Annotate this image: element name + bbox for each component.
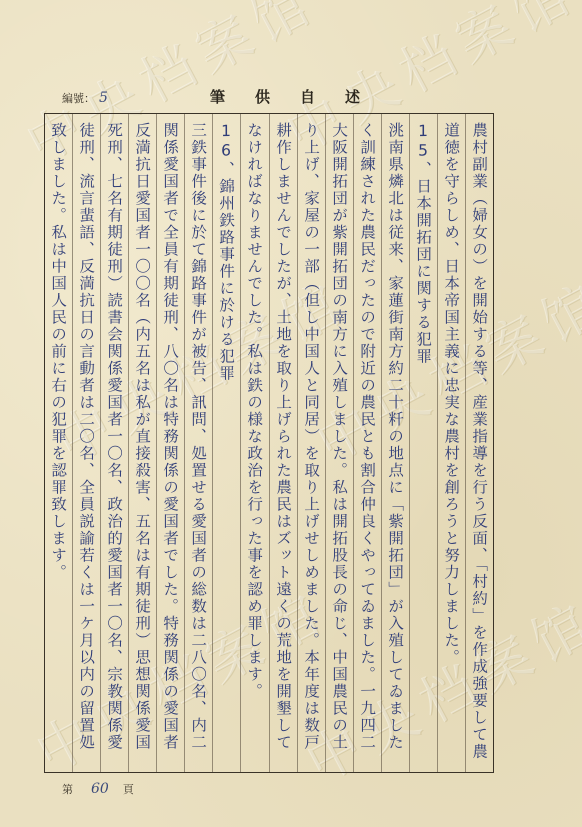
handwritten-line: 15、日本開拓団に関する犯罪 <box>410 122 437 767</box>
ruled-form: 農村副業（婦女の）を開始する等、産業指導を行う反面、「村約」を作成強要して農民に… <box>44 113 494 773</box>
text-column: り上げ、家屋の一部（但し中国人と同居）を取り上げせしめました。本年度は数戸の陥し… <box>297 114 325 772</box>
page-number-value: 60 <box>91 781 109 797</box>
handwritten-line: り上げ、家屋の一部（但し中国人と同居）を取り上げせしめました。本年度は数戸の陥し… <box>298 122 325 767</box>
handwritten-line: 16、錦州鉄路事件に於ける犯罪 <box>213 122 240 767</box>
handwritten-line: 耕作しませんでしたが、土地を取り上げられた農民はズット遠くの荒地を開墾して生活し <box>270 122 297 767</box>
handwritten-line: 三鉄事件後に於て錦路事件が被告、訊問、処置せる愛国者の総数は二八〇名、内二〇〇名… <box>185 122 212 767</box>
text-column: 関係愛国者で全員有期徒刑、八〇名は特務関係の愛国者でした。特務関係の愛国者八〇名… <box>156 114 184 772</box>
handwritten-line: 道徳を守らしめ、日本帝国主義に忠実な農村を創ろうと努力しました。 <box>438 122 465 767</box>
text-column: 三鉄事件後に於て錦路事件が被告、訊問、処置せる愛国者の総数は二八〇名、内二〇〇名… <box>184 114 212 772</box>
handwritten-line: 反満抗日愛国者一〇〇名（内五名は私が直接殺害、五名は有期徒刑）思想関係愛国者一〇… <box>129 122 156 767</box>
handwritten-line: 農村副業（婦女の）を開始する等、産業指導を行う反面、「村約」を作成強要して農民に… <box>466 122 493 767</box>
handwritten-line: 洮南県燐北は従来、家蓮街南方約二十粁の地点に「紫開拓団」が入殖してゐましたが、之… <box>382 122 409 767</box>
text-column: く訓練された農民だったので附近の農民とも割合仲良くやってゐました。一九四二年二月… <box>353 114 381 772</box>
text-column: 耕作しませんでしたが、土地を取り上げられた農民はズット遠くの荒地を開墾して生活し <box>269 114 297 772</box>
page-number: 第60頁 <box>62 781 134 797</box>
text-column: 15、日本開拓団に関する犯罪 <box>409 114 437 772</box>
handwritten-line: なければなりませんでした。私は鉄の様な政治を行った事を認め罪します。 <box>241 122 268 767</box>
document-page: 中央档案馆 中央档案馆 中央档案馆 中央档案馆 中央档案馆 中央档案馆 編號：5… <box>0 0 582 827</box>
text-column: 致しました。私は中国人民の前に右の犯罪を認罪致します。 <box>45 114 72 772</box>
text-column: 道徳を守らしめ、日本帝国主義に忠実な農村を創ろうと努力しました。 <box>437 114 465 772</box>
handwritten-line: 死刑、七名有期徒刑）読書会関係愛国者一〇名、政治的愛国者一〇名、宗教関係愛国者一… <box>101 122 128 767</box>
document-number-label: 編號： <box>62 92 95 105</box>
handwritten-line: 関係愛国者で全員有期徒刑、八〇名は特務関係の愛国者でした。特務関係の愛国者八〇名… <box>157 122 184 767</box>
page-title: 筆 供 自 述 <box>210 86 360 107</box>
title-char: 述 <box>345 86 360 107</box>
page-prefix: 第 <box>62 783 73 796</box>
title-char: 自 <box>300 86 315 107</box>
text-columns: 農村副業（婦女の）を開始する等、産業指導を行う反面、「村約」を作成強要して農民に… <box>45 114 493 772</box>
document-number-value: 5 <box>99 90 108 106</box>
handwritten-line: 大阪開拓団が紫開拓団の南方に入殖しました。私は開拓股長の命じ、中国農民の土地を取 <box>326 122 353 767</box>
handwritten-line: 致しました。私は中国人民の前に右の犯罪を認罪致します。 <box>45 122 72 767</box>
title-char: 供 <box>255 86 270 107</box>
text-column: 農村副業（婦女の）を開始する等、産業指導を行う反面、「村約」を作成強要して農民に… <box>465 114 493 772</box>
handwritten-line: く訓練された農民だったので附近の農民とも割合仲良くやってゐました。一九四二年二月… <box>354 122 381 767</box>
text-column: 徒刑、流言蜚語、反満抗日の言動者は二〇名、全員説諭若くは一ケ月以内の留置処分で釈… <box>72 114 100 772</box>
handwritten-line: 徒刑、流言蜚語、反満抗日の言動者は二〇名、全員説諭若くは一ケ月以内の留置処分で釈… <box>73 122 100 767</box>
title-char: 筆 <box>210 86 225 107</box>
text-column: 反満抗日愛国者一〇〇名（内五名は私が直接殺害、五名は有期徒刑）思想関係愛国者一〇… <box>128 114 156 772</box>
text-column: なければなりませんでした。私は鉄の様な政治を行った事を認め罪します。 <box>240 114 268 772</box>
document-number: 編號：5 <box>62 90 108 106</box>
page-suffix: 頁 <box>123 783 134 796</box>
text-column: 死刑、七名有期徒刑）読書会関係愛国者一〇名、政治的愛国者一〇名、宗教関係愛国者一… <box>100 114 128 772</box>
text-column: 洮南県燐北は従来、家蓮街南方約二十粁の地点に「紫開拓団」が入殖してゐましたが、之… <box>381 114 409 772</box>
text-column: 大阪開拓団が紫開拓団の南方に入殖しました。私は開拓股長の命じ、中国農民の土地を取 <box>325 114 353 772</box>
text-column: 16、錦州鉄路事件に於ける犯罪 <box>212 114 240 772</box>
